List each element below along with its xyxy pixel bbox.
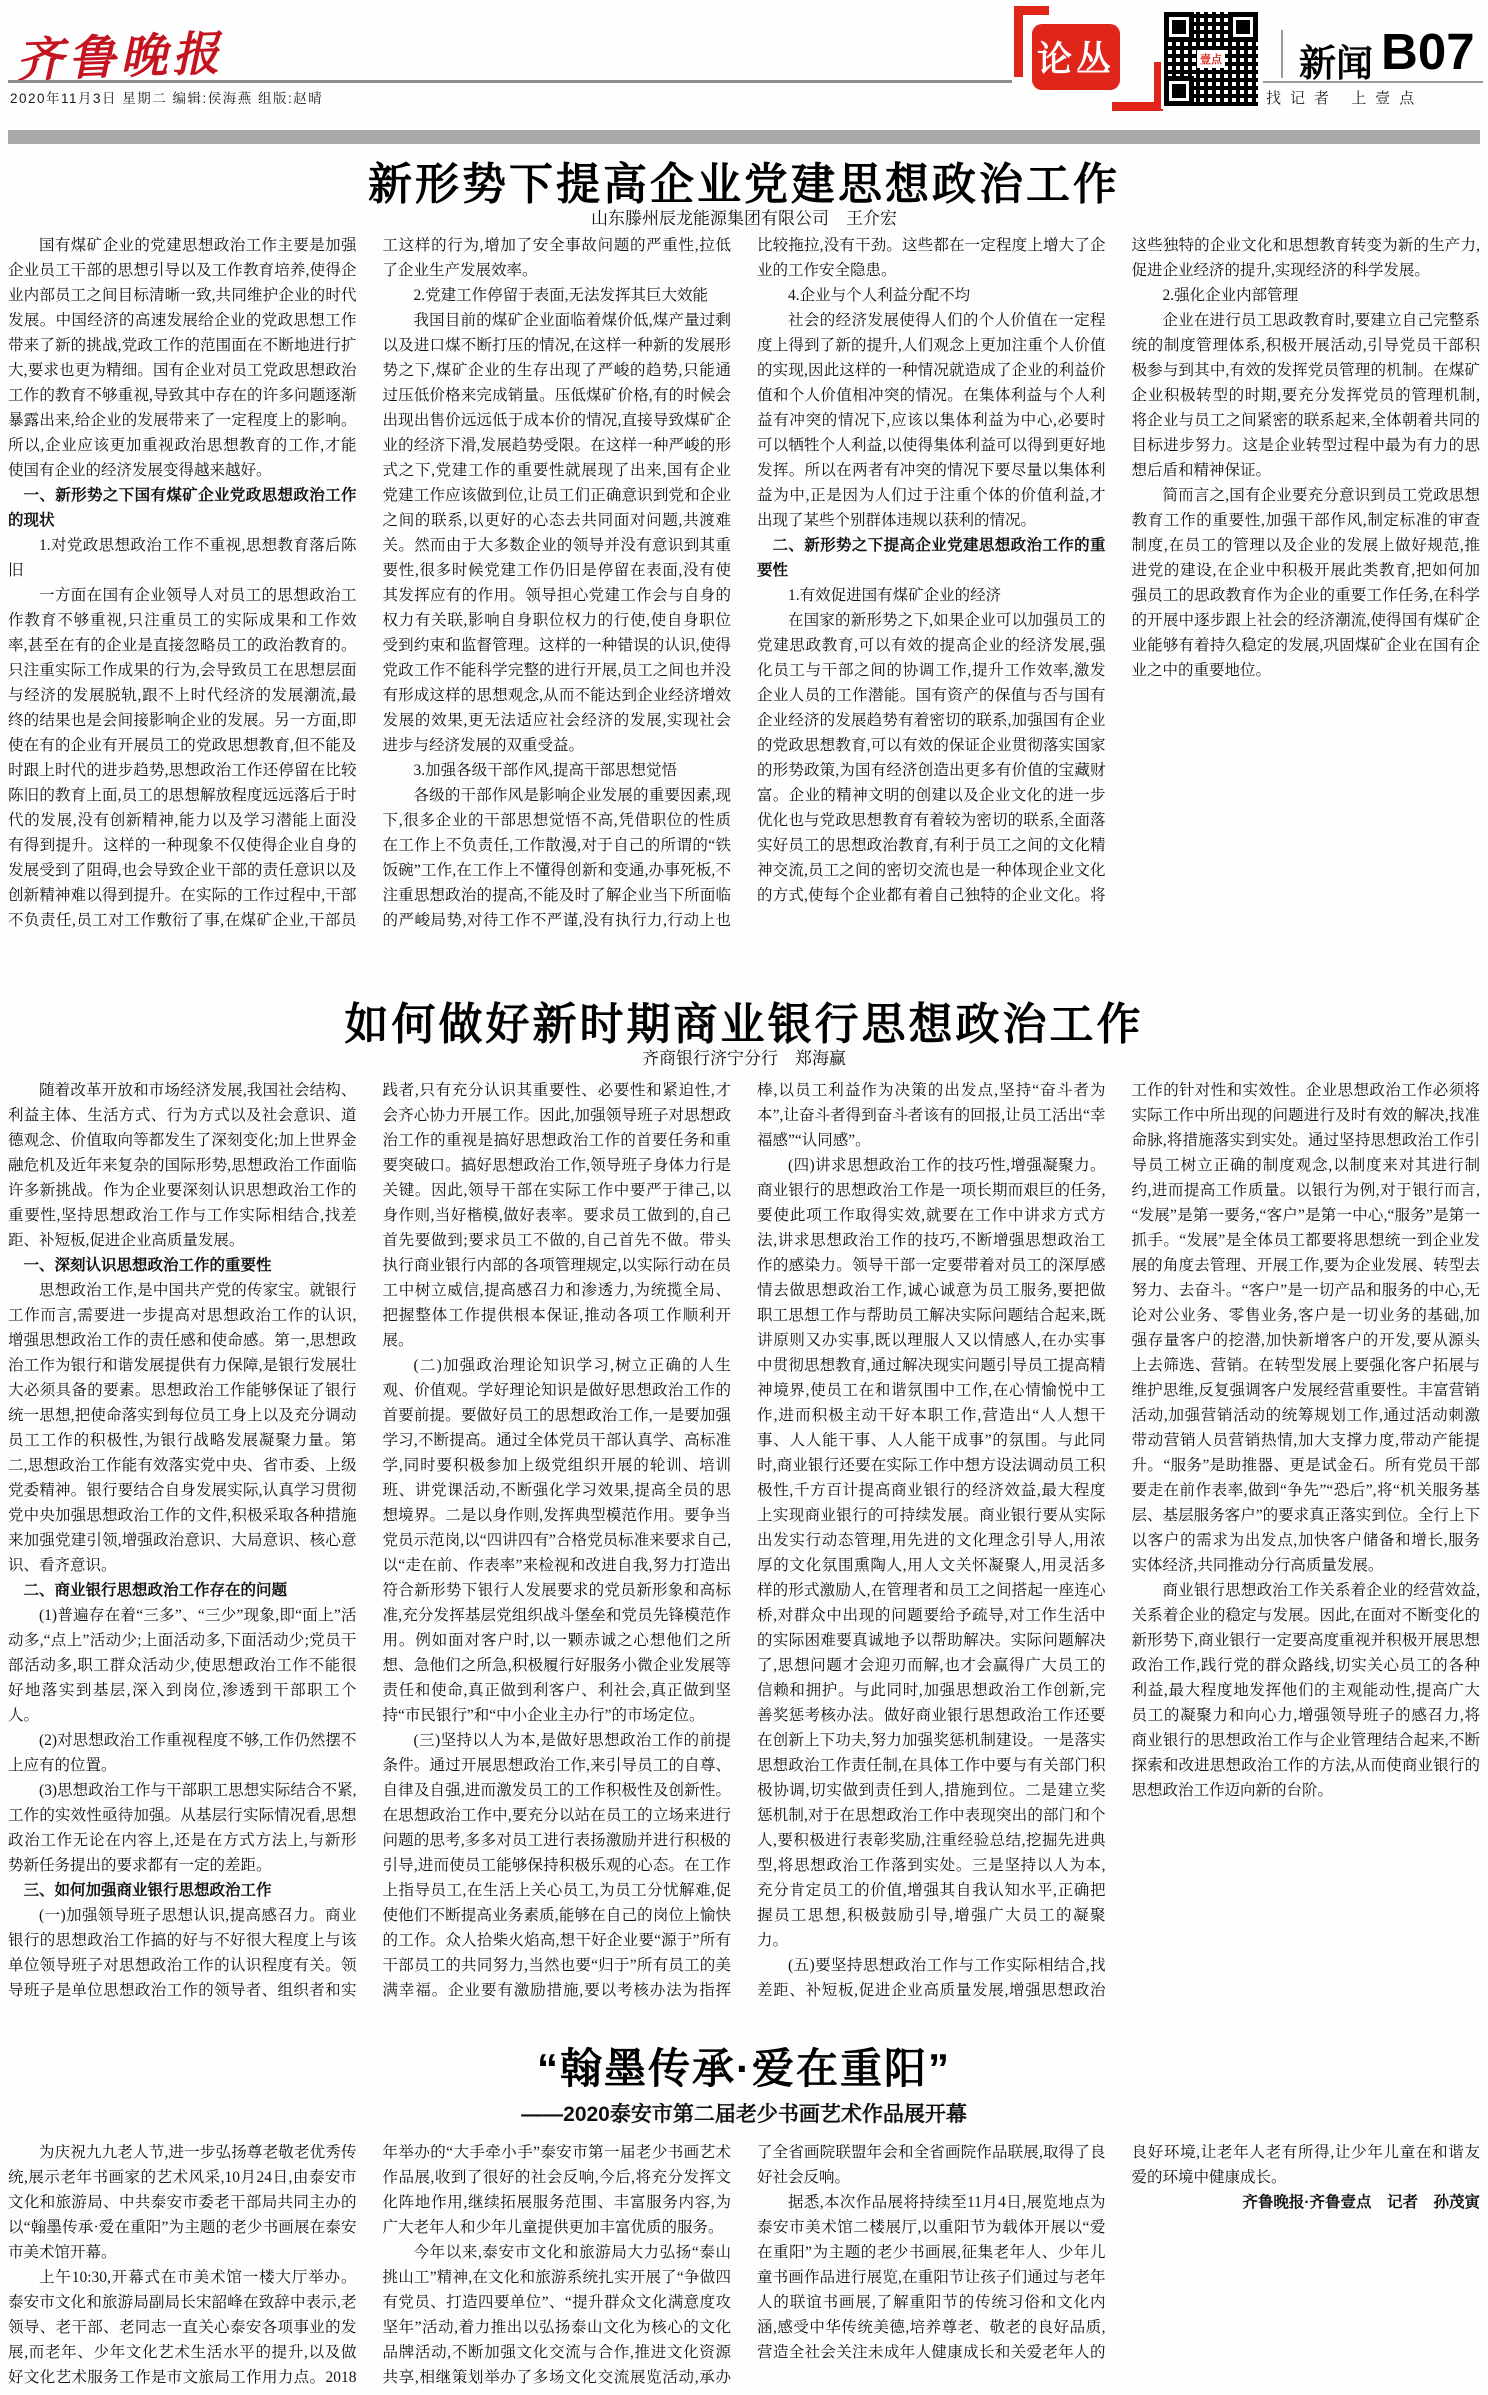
paragraph: 1.有效促进国有煤矿企业的经济 [757,583,1106,608]
article-1-body: 国有煤矿企业的党建思想政治工作主要是加强企业员工干部的思想引导以及工作教育培养,… [8,233,1480,954]
section-heading: 一、深刻认识思想政治工作的重要性 [8,1253,357,1278]
article-2-body: 随着改革开放和市场经济发展,我国社会结构、利益主体、生活方式、行为方式以及社会意… [8,1078,1480,2013]
paragraph: (1)普遍存在着“三多”、“三少”现象,即“面上”活动多,“点上”活动少;上面活… [8,1603,357,1728]
qr-finder-icon [1164,12,1194,42]
article-3-subtitle: ——2020泰安市第二届老少书画艺术作品展开幕 [0,2098,1488,2128]
article-1-title: 新形势下提高企业党建思想政治工作 [0,148,1488,212]
qr-finder-icon [1228,12,1258,42]
paragraph: 4.企业与个人利益分配不均 [757,283,1106,308]
qr-finder-icon [1164,76,1194,106]
paragraph: 2.党建工作停留于表面,无法发挥其巨大效能 [383,283,732,308]
article-1-byline: 山东滕州辰龙能源集团有限公司 王介宏 [0,204,1488,229]
qr-center-label: 壹点 [1197,50,1225,68]
paragraph: 随着改革开放和市场经济发展,我国社会结构、利益主体、生活方式、行为方式以及社会意… [8,1078,357,1253]
article-3-title: “翰墨传承·爱在重阳” [0,2036,1488,2096]
date-line: 2020年11月3日 星期二 编辑:侯海燕 组版:赵晴 [10,87,323,107]
section-label: 新闻 [1299,33,1373,87]
qr-code-icon: 壹点 [1164,12,1258,106]
section-heading: 三、如何加强商业银行思想政治工作 [8,1878,357,1903]
paragraph: (四)讲求思想政治工作的技巧性,增强凝聚力。商业银行的思想政治工作是一项长期而艰… [757,1153,1106,1953]
paragraph: (3)思想政治工作与干部职工思想实际结合不紧,工作的实效性亟待加强。从基层行实际… [8,1778,357,1878]
tagline-rule [1263,81,1483,83]
paragraph: 社会的经济发展使得人们的个人价值在一定程度上得到了新的提升,人们观念上更加注重个… [757,308,1106,533]
paragraph: 2.强化企业内部管理 [1132,283,1481,308]
article-2-byline: 齐商银行济宁分行 郑海赢 [0,1044,1488,1069]
credit-line: 齐鲁晚报·齐鲁壹点 记者 孙茂寅 [1132,2190,1481,2215]
paragraph: 1.对党政思想政治工作不重视,思想教育落后陈旧 [8,533,357,583]
page-number: B07 [1381,22,1475,81]
section-badge: 论丛 [1032,24,1120,90]
newspaper-page: 齐鲁晚报 2020年11月3日 星期二 编辑:侯海燕 组版:赵晴 论丛 壹点 新… [0,0,1488,2395]
paragraph: 3.加强各级干部作风,提高干部思想觉悟 [383,758,732,783]
paragraph: 为庆祝九九老人节,进一步弘扬尊老敬老优秀传统,展示老年书画家的艺术风采,10月2… [8,2140,357,2265]
article-2-title: 如何做好新时期商业银行思想政治工作 [0,988,1488,1052]
paragraph: (2)对思想政治工作重视程度不够,工作仍然摆不上应有的位置。 [8,1728,357,1778]
masthead-rule [8,80,1012,83]
tagline: 找记者 上壹点 [1266,87,1423,108]
header-vertical-rule [1281,30,1283,78]
article-3-body: 为庆祝九九老人节,进一步弘扬尊老敬老优秀传统,展示老年书画家的艺术风采,10月2… [8,2140,1480,2392]
section-heading: 一、新形势之下国有煤矿企业党政思想政治工作的现状 [8,483,357,533]
paragraph: 企业在进行员工思政教育时,要建立自己完整系统的制度管理体系,积极开展活动,引导党… [1132,308,1481,483]
section-heading: 二、新形势之下提高企业党建思想政治工作的重要性 [757,533,1106,583]
paragraph: 我国目前的煤矿企业面临着煤价低,煤产量过剩以及进口煤不断打压的情况,在这样一种新… [383,308,732,758]
paragraph: 简而言之,国有企业要充分意识到员工党政思想教育工作的重要性,加强干部作风,制定标… [1132,483,1481,683]
paragraph: 思想政治工作,是中国共产党的传家宝。就银行工作而言,需要进一步提高对思想政治工作… [8,1278,357,1578]
paragraph: 商业银行思想政治工作关系着企业的经营效益,关系着企业的稳定与发展。因此,在面对不… [1132,1578,1481,1803]
section-heading: 二、商业银行思想政治工作存在的问题 [8,1578,357,1603]
header-divider-bar [8,130,1480,144]
paragraph: (二)加强政治理论知识学习,树立正确的人生观、价值观。学好理论知识是做好思想政治… [383,1353,732,1728]
paragraph: 国有煤矿企业的党建思想政治工作主要是加强企业员工干部的思想引导以及工作教育培养,… [8,233,357,483]
